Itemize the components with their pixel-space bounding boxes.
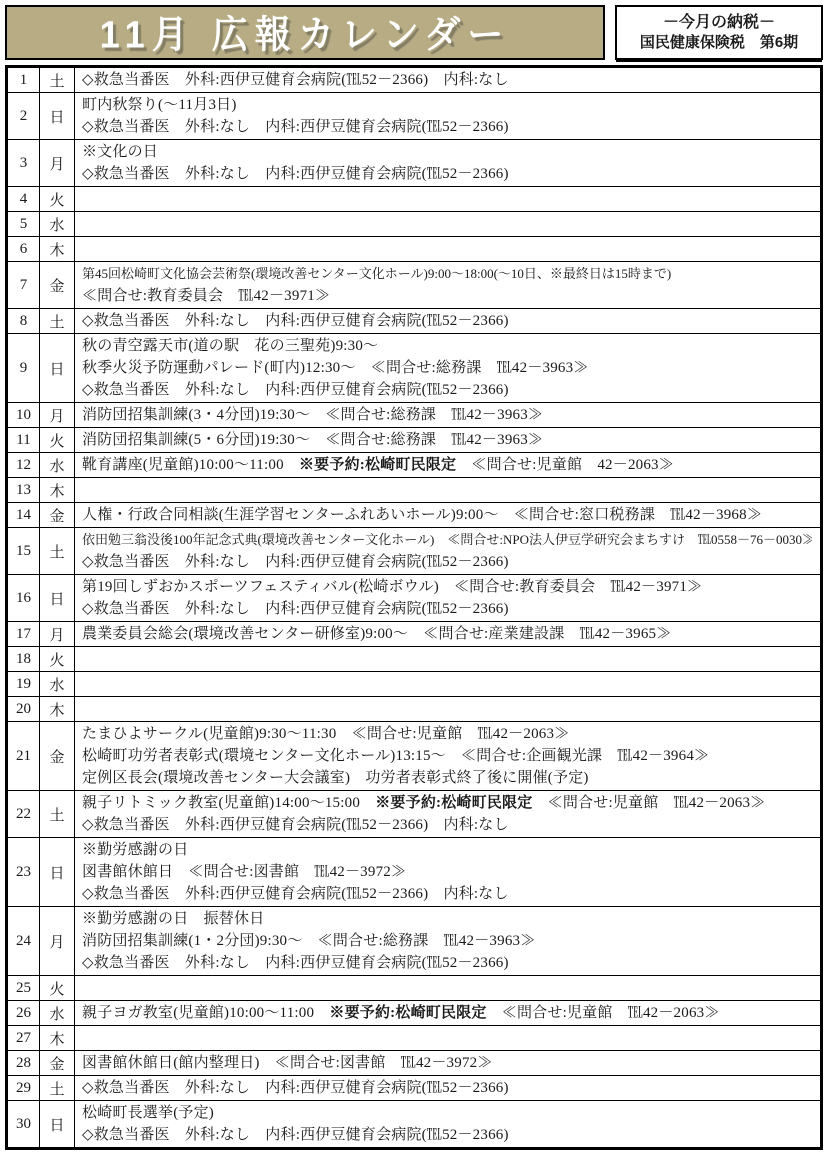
events-cell: 靴育講座(児童館)10:00～11:00 ※要予約:松崎町民限定 ≪問合せ:児童…	[75, 453, 822, 478]
event-text: 消防団招集訓練(5・6分団)19:30～ ≪問合せ:総務課 ℡42－3963≫	[82, 432, 543, 448]
weekday-cell: 火	[40, 647, 75, 672]
date-cell: 8	[7, 309, 40, 334]
event-line: ◇救急当番医 外科:西伊豆健育会病院(℡52－2366) 内科:なし	[82, 814, 812, 836]
event-text: ≪問合せ:児童館 ℡42－2063≫	[532, 795, 765, 811]
page-title: 11月 広報カレンダー	[100, 6, 511, 60]
weekday-cell: 木	[40, 1026, 75, 1051]
calendar-row: 30日松崎町長選挙(予定)◇救急当番医 外科:なし 内科:西伊豆健育会病院(℡5…	[7, 1101, 822, 1149]
events-cell: 農業委員会総会(環境改善センター研修室)9:00～ ≪問合せ:産業建設課 ℡42…	[75, 622, 822, 647]
event-line-empty	[82, 673, 812, 695]
event-line-empty	[82, 238, 812, 260]
date-cell: 9	[7, 334, 40, 403]
event-line-empty	[82, 188, 812, 210]
events-cell: 人権・行政合同相談(生涯学習センターふれあいホール)9:00～ ≪問合せ:窓口税…	[75, 503, 822, 528]
event-line-empty	[82, 648, 812, 670]
tax-notice-box: －今月の納税－ 国民健康保険税 第6期	[615, 5, 823, 60]
events-cell: 町内秋祭り(～11月3日)◇救急当番医 外科:なし 内科:西伊豆健育会病院(℡5…	[75, 93, 822, 140]
date-cell: 14	[7, 503, 40, 528]
calendar-row: 27木	[7, 1026, 822, 1051]
event-line: 農業委員会総会(環境改善センター研修室)9:00～ ≪問合せ:産業建設課 ℡42…	[82, 623, 812, 645]
weekday-cell: 金	[40, 1051, 75, 1076]
date-cell: 11	[7, 428, 40, 453]
weekday-cell: 木	[40, 697, 75, 722]
event-line: ◇救急当番医 外科:なし 内科:西伊豆健育会病院(℡52－2366)	[82, 551, 812, 573]
events-cell: 松崎町長選挙(予定)◇救急当番医 外科:なし 内科:西伊豆健育会病院(℡52－2…	[75, 1101, 822, 1149]
calendar-table: 1土◇救急当番医 外科:西伊豆健育会病院(℡52－2366) 内科:なし2日町内…	[5, 65, 823, 1150]
weekday-cell: 水	[40, 1001, 75, 1026]
weekday-cell: 土	[40, 528, 75, 575]
weekday-cell: 水	[40, 672, 75, 697]
event-text: ◇救急当番医 外科:なし 内科:西伊豆健育会病院(℡52－2366)	[82, 1080, 509, 1096]
calendar-row: 8土◇救急当番医 外科:なし 内科:西伊豆健育会病院(℡52－2366)	[7, 309, 822, 334]
event-text: 靴育講座(児童館)10:00～11:00	[82, 457, 299, 473]
event-line: 親子ヨガ教室(児童館)10:00～11:00 ※要予約:松崎町民限定 ≪問合せ:…	[82, 1002, 812, 1024]
weekday-cell: 土	[40, 791, 75, 838]
events-cell: たまひよサークル(児童館)9:30～11:30 ≪問合せ:児童館 ℡42－206…	[75, 722, 822, 791]
events-cell	[75, 672, 822, 697]
calendar-row: 12水靴育講座(児童館)10:00～11:00 ※要予約:松崎町民限定 ≪問合せ…	[7, 453, 822, 478]
event-line-empty	[82, 1027, 812, 1049]
event-line: 親子リトミック教室(児童館)14:00～15:00 ※要予約:松崎町民限定 ≪問…	[82, 792, 812, 814]
date-cell: 10	[7, 403, 40, 428]
event-text: 第45回松崎町文化協会芸術祭(環境改善センター文化ホール)9:00～18:00(…	[82, 266, 671, 281]
calendar-row: 10月消防団招集訓練(3・4分団)19:30～ ≪問合せ:総務課 ℡42－396…	[7, 403, 822, 428]
event-line: ◇救急当番医 外科:なし 内科:西伊豆健育会病院(℡52－2366)	[82, 163, 812, 185]
event-text: ※勤労感謝の日 振替休日	[82, 911, 264, 927]
events-cell: 消防団招集訓練(3・4分団)19:30～ ≪問合せ:総務課 ℡42－3963≫	[75, 403, 822, 428]
calendar-row: 14金人権・行政合同相談(生涯学習センターふれあいホール)9:00～ ≪問合せ:…	[7, 503, 822, 528]
weekday-cell: 土	[40, 309, 75, 334]
weekday-cell: 火	[40, 187, 75, 212]
event-line-empty	[82, 698, 812, 720]
calendar-row: 25火	[7, 976, 822, 1001]
events-cell: 第45回松崎町文化協会芸術祭(環境改善センター文化ホール)9:00～18:00(…	[75, 262, 822, 309]
calendar-row: 5水	[7, 212, 822, 237]
weekday-cell: 月	[40, 140, 75, 187]
events-cell: ※勤労感謝の日 振替休日消防団招集訓練(1・2分団)9:30～ ≪問合せ:総務課…	[75, 907, 822, 976]
events-cell: ※文化の日◇救急当番医 外科:なし 内科:西伊豆健育会病院(℡52－2366)	[75, 140, 822, 187]
weekday-cell: 木	[40, 478, 75, 503]
event-line: たまひよサークル(児童館)9:30～11:30 ≪問合せ:児童館 ℡42－206…	[82, 723, 812, 745]
calendar-row: 1土◇救急当番医 外科:西伊豆健育会病院(℡52－2366) 内科:なし	[7, 67, 822, 93]
weekday-cell: 水	[40, 212, 75, 237]
date-cell: 23	[7, 838, 40, 907]
event-line: 消防団招集訓練(1・2分団)9:30～ ≪問合せ:総務課 ℡42－3963≫	[82, 930, 812, 952]
event-line: 図書館休館日(館内整理日) ≪問合せ:図書館 ℡42－3972≫	[82, 1052, 812, 1074]
weekday-cell: 金	[40, 722, 75, 791]
weekday-cell: 土	[40, 1076, 75, 1101]
newsletter-calendar-page: 11月 広報カレンダー －今月の納税－ 国民健康保険税 第6期 1土◇救急当番医…	[0, 0, 828, 1155]
date-cell: 19	[7, 672, 40, 697]
event-text: 松崎町長選挙(予定)	[82, 1105, 214, 1121]
date-cell: 24	[7, 907, 40, 976]
calendar-row: 29土◇救急当番医 外科:なし 内科:西伊豆健育会病院(℡52－2366)	[7, 1076, 822, 1101]
event-text: ◇救急当番医 外科:西伊豆健育会病院(℡52－2366) 内科:なし	[82, 72, 509, 88]
event-text: 秋季火災予防運動パレード(町内)12:30～ ≪問合せ:総務課 ℡42－3963…	[82, 360, 589, 376]
events-cell: 秋の青空露天市(道の駅 花の三聖苑)9:30～秋季火災予防運動パレード(町内)1…	[75, 334, 822, 403]
events-cell: ◇救急当番医 外科:なし 内科:西伊豆健育会病院(℡52－2366)	[75, 1076, 822, 1101]
event-line: 依田勉三翁没後100年記念式典(環境改善センター文化ホール) ≪問合せ:NPO法…	[82, 529, 812, 551]
weekday-cell: 木	[40, 237, 75, 262]
event-line: ◇救急当番医 外科:なし 内科:西伊豆健育会病院(℡52－2366)	[82, 598, 812, 620]
calendar-row: 23日※勤労感謝の日図書館休館日 ≪問合せ:図書館 ℡42－3972≫◇救急当番…	[7, 838, 822, 907]
event-line: ◇救急当番医 外科:なし 内科:西伊豆健育会病院(℡52－2366)	[82, 379, 812, 401]
event-line: 松崎町功労者表彰式(環境センター文化ホール)13:15～ ≪問合せ:企画観光課 …	[82, 745, 812, 767]
event-line: ※文化の日	[82, 141, 812, 163]
date-cell: 7	[7, 262, 40, 309]
event-text: 定例区長会(環境改善センター大会議室) 功労者表彰式終了後に開催(予定)	[82, 770, 589, 786]
page-header: 11月 広報カレンダー －今月の納税－ 国民健康保険税 第6期	[5, 5, 823, 60]
events-cell	[75, 212, 822, 237]
event-text: ◇救急当番医 外科:なし 内科:西伊豆健育会病院(℡52－2366)	[82, 119, 509, 135]
weekday-cell: 月	[40, 622, 75, 647]
event-line: ※勤労感謝の日 振替休日	[82, 908, 812, 930]
calendar-row: 7金第45回松崎町文化協会芸術祭(環境改善センター文化ホール)9:00～18:0…	[7, 262, 822, 309]
event-text: 依田勉三翁没後100年記念式典(環境改善センター文化ホール) ≪問合せ:NPO法…	[82, 532, 812, 547]
event-text-emphasis: ※要予約:松崎町民限定	[299, 457, 456, 473]
calendar-row: 20木	[7, 697, 822, 722]
event-text: ◇救急当番医 外科:なし 内科:西伊豆健育会病院(℡52－2366)	[82, 601, 509, 617]
event-line: 人権・行政合同相談(生涯学習センターふれあいホール)9:00～ ≪問合せ:窓口税…	[82, 504, 812, 526]
events-cell: 第19回しずおかスポーツフェスティバル(松崎ボウル) ≪問合せ:教育委員会 ℡4…	[75, 575, 822, 622]
date-cell: 28	[7, 1051, 40, 1076]
calendar-row: 18火	[7, 647, 822, 672]
event-line: ◇救急当番医 外科:なし 内科:西伊豆健育会病院(℡52－2366)	[82, 952, 812, 974]
date-cell: 13	[7, 478, 40, 503]
event-text: 秋の青空露天市(道の駅 花の三聖苑)9:30～	[82, 338, 378, 354]
calendar-row: 11火消防団招集訓練(5・6分団)19:30～ ≪問合せ:総務課 ℡42－396…	[7, 428, 822, 453]
event-text: 農業委員会総会(環境改善センター研修室)9:00～ ≪問合せ:産業建設課 ℡42…	[82, 626, 671, 642]
weekday-cell: 日	[40, 838, 75, 907]
title-banner: 11月 広報カレンダー	[5, 5, 605, 60]
calendar-row: 9日秋の青空露天市(道の駅 花の三聖苑)9:30～秋季火災予防運動パレード(町内…	[7, 334, 822, 403]
event-text: ◇救急当番医 外科:西伊豆健育会病院(℡52－2366) 内科:なし	[82, 886, 509, 902]
event-line: 消防団招集訓練(5・6分団)19:30～ ≪問合せ:総務課 ℡42－3963≫	[82, 429, 812, 451]
event-text-emphasis: ※要予約:松崎町民限定	[329, 1005, 486, 1021]
event-text: 人権・行政合同相談(生涯学習センターふれあいホール)9:00～ ≪問合せ:窓口税…	[82, 507, 762, 523]
date-cell: 16	[7, 575, 40, 622]
events-cell	[75, 187, 822, 212]
event-line: ※勤労感謝の日	[82, 839, 812, 861]
event-line-empty	[82, 479, 812, 501]
weekday-cell: 日	[40, 575, 75, 622]
events-cell: 親子ヨガ教室(児童館)10:00～11:00 ※要予約:松崎町民限定 ≪問合せ:…	[75, 1001, 822, 1026]
event-text: ◇救急当番医 外科:なし 内科:西伊豆健育会病院(℡52－2366)	[82, 554, 509, 570]
event-line-empty	[82, 977, 812, 999]
event-line: ◇救急当番医 外科:なし 内科:西伊豆健育会病院(℡52－2366)	[82, 1077, 812, 1099]
events-cell: 依田勉三翁没後100年記念式典(環境改善センター文化ホール) ≪問合せ:NPO法…	[75, 528, 822, 575]
event-text: ≪問合せ:児童館 42－2063≫	[456, 457, 674, 473]
event-line: 図書館休館日 ≪問合せ:図書館 ℡42－3972≫	[82, 861, 812, 883]
date-cell: 27	[7, 1026, 40, 1051]
calendar-row: 13木	[7, 478, 822, 503]
calendar-row: 6木	[7, 237, 822, 262]
date-cell: 18	[7, 647, 40, 672]
calendar-row: 16日第19回しずおかスポーツフェスティバル(松崎ボウル) ≪問合せ:教育委員会…	[7, 575, 822, 622]
event-text: ※勤労感謝の日	[82, 842, 188, 858]
calendar-row: 21金たまひよサークル(児童館)9:30～11:30 ≪問合せ:児童館 ℡42－…	[7, 722, 822, 791]
event-text: 消防団招集訓練(3・4分団)19:30～ ≪問合せ:総務課 ℡42－3963≫	[82, 407, 543, 423]
event-text: ◇救急当番医 外科:なし 内科:西伊豆健育会病院(℡52－2366)	[82, 1127, 509, 1143]
calendar-row: 4火	[7, 187, 822, 212]
event-text: 第19回しずおかスポーツフェスティバル(松崎ボウル) ≪問合せ:教育委員会 ℡4…	[82, 579, 702, 595]
date-cell: 6	[7, 237, 40, 262]
event-line: 秋季火災予防運動パレード(町内)12:30～ ≪問合せ:総務課 ℡42－3963…	[82, 357, 812, 379]
date-cell: 1	[7, 67, 40, 93]
date-cell: 29	[7, 1076, 40, 1101]
date-cell: 15	[7, 528, 40, 575]
event-text: 松崎町功労者表彰式(環境センター文化ホール)13:15～ ≪問合せ:企画観光課 …	[82, 748, 709, 764]
events-cell	[75, 697, 822, 722]
event-text: ≪問合せ:児童館 ℡42－2063≫	[487, 1005, 720, 1021]
event-line: 第19回しずおかスポーツフェスティバル(松崎ボウル) ≪問合せ:教育委員会 ℡4…	[82, 576, 812, 598]
event-text: ≪問合せ:教育委員会 ℡42－3971≫	[82, 288, 330, 304]
events-cell	[75, 1026, 822, 1051]
date-cell: 3	[7, 140, 40, 187]
calendar-row: 3月※文化の日◇救急当番医 外科:なし 内科:西伊豆健育会病院(℡52－2366…	[7, 140, 822, 187]
event-line: ◇救急当番医 外科:なし 内科:西伊豆健育会病院(℡52－2366)	[82, 1124, 812, 1146]
event-text: ◇救急当番医 外科:なし 内科:西伊豆健育会病院(℡52－2366)	[82, 313, 509, 329]
event-text: 町内秋祭り(～11月3日)	[82, 97, 237, 113]
event-line: 松崎町長選挙(予定)	[82, 1102, 812, 1124]
calendar-body: 1土◇救急当番医 外科:西伊豆健育会病院(℡52－2366) 内科:なし2日町内…	[7, 67, 822, 1149]
event-text: ◇救急当番医 外科:なし 内科:西伊豆健育会病院(℡52－2366)	[82, 382, 509, 398]
event-line: ◇救急当番医 外科:なし 内科:西伊豆健育会病院(℡52－2366)	[82, 310, 812, 332]
event-line: ◇救急当番医 外科:なし 内科:西伊豆健育会病院(℡52－2366)	[82, 116, 812, 138]
calendar-row: 28金図書館休館日(館内整理日) ≪問合せ:図書館 ℡42－3972≫	[7, 1051, 822, 1076]
date-cell: 5	[7, 212, 40, 237]
event-text: ◇救急当番医 外科:なし 内科:西伊豆健育会病院(℡52－2366)	[82, 166, 509, 182]
event-text: 図書館休館日(館内整理日) ≪問合せ:図書館 ℡42－3972≫	[82, 1055, 493, 1071]
weekday-cell: 火	[40, 428, 75, 453]
weekday-cell: 水	[40, 453, 75, 478]
event-line: 靴育講座(児童館)10:00～11:00 ※要予約:松崎町民限定 ≪問合せ:児童…	[82, 454, 812, 476]
event-text-emphasis: ※要予約:松崎町民限定	[375, 795, 532, 811]
weekday-cell: 金	[40, 262, 75, 309]
event-text: ◇救急当番医 外科:西伊豆健育会病院(℡52－2366) 内科:なし	[82, 817, 509, 833]
date-cell: 17	[7, 622, 40, 647]
calendar-row: 26水親子ヨガ教室(児童館)10:00～11:00 ※要予約:松崎町民限定 ≪問…	[7, 1001, 822, 1026]
weekday-cell: 金	[40, 503, 75, 528]
weekday-cell: 火	[40, 976, 75, 1001]
events-cell: 図書館休館日(館内整理日) ≪問合せ:図書館 ℡42－3972≫	[75, 1051, 822, 1076]
weekday-cell: 月	[40, 907, 75, 976]
weekday-cell: 月	[40, 403, 75, 428]
events-cell: 親子リトミック教室(児童館)14:00～15:00 ※要予約:松崎町民限定 ≪問…	[75, 791, 822, 838]
event-line: ◇救急当番医 外科:西伊豆健育会病院(℡52－2366) 内科:なし	[82, 69, 812, 91]
event-line: 秋の青空露天市(道の駅 花の三聖苑)9:30～	[82, 335, 812, 357]
date-cell: 2	[7, 93, 40, 140]
calendar-row: 2日町内秋祭り(～11月3日)◇救急当番医 外科:なし 内科:西伊豆健育会病院(…	[7, 93, 822, 140]
event-line: 消防団招集訓練(3・4分団)19:30～ ≪問合せ:総務課 ℡42－3963≫	[82, 404, 812, 426]
events-cell	[75, 976, 822, 1001]
events-cell	[75, 237, 822, 262]
events-cell: ◇救急当番医 外科:西伊豆健育会病院(℡52－2366) 内科:なし	[75, 67, 822, 93]
event-line-empty	[82, 213, 812, 235]
date-cell: 21	[7, 722, 40, 791]
date-cell: 30	[7, 1101, 40, 1149]
weekday-cell: 土	[40, 67, 75, 93]
event-text: 親子ヨガ教室(児童館)10:00～11:00	[82, 1005, 329, 1021]
event-line: 定例区長会(環境改善センター大会議室) 功労者表彰式終了後に開催(予定)	[82, 767, 812, 789]
events-cell: ◇救急当番医 外科:なし 内科:西伊豆健育会病院(℡52－2366)	[75, 309, 822, 334]
event-line: 第45回松崎町文化協会芸術祭(環境改善センター文化ホール)9:00～18:00(…	[82, 263, 812, 285]
calendar-row: 19水	[7, 672, 822, 697]
tax-notice-detail: 国民健康保険税 第6期	[640, 33, 798, 53]
tax-notice-heading: －今月の納税－	[663, 13, 775, 33]
weekday-cell: 日	[40, 334, 75, 403]
event-line: 町内秋祭り(～11月3日)	[82, 94, 812, 116]
date-cell: 4	[7, 187, 40, 212]
events-cell	[75, 647, 822, 672]
date-cell: 12	[7, 453, 40, 478]
date-cell: 22	[7, 791, 40, 838]
events-cell: 消防団招集訓練(5・6分団)19:30～ ≪問合せ:総務課 ℡42－3963≫	[75, 428, 822, 453]
event-line: ≪問合せ:教育委員会 ℡42－3971≫	[82, 285, 812, 307]
events-cell	[75, 478, 822, 503]
calendar-row: 15土依田勉三翁没後100年記念式典(環境改善センター文化ホール) ≪問合せ:N…	[7, 528, 822, 575]
event-text: たまひよサークル(児童館)9:30～11:30 ≪問合せ:児童館 ℡42－206…	[82, 726, 569, 742]
date-cell: 20	[7, 697, 40, 722]
event-text: 消防団招集訓練(1・2分団)9:30～ ≪問合せ:総務課 ℡42－3963≫	[82, 933, 535, 949]
date-cell: 25	[7, 976, 40, 1001]
calendar-row: 24月※勤労感謝の日 振替休日消防団招集訓練(1・2分団)9:30～ ≪問合せ:…	[7, 907, 822, 976]
weekday-cell: 日	[40, 93, 75, 140]
event-text: ◇救急当番医 外科:なし 内科:西伊豆健育会病院(℡52－2366)	[82, 955, 509, 971]
event-text: ※文化の日	[82, 144, 158, 160]
event-text: 図書館休館日 ≪問合せ:図書館 ℡42－3972≫	[82, 864, 406, 880]
date-cell: 26	[7, 1001, 40, 1026]
event-text: 親子リトミック教室(児童館)14:00～15:00	[82, 795, 375, 811]
event-line: ◇救急当番医 外科:西伊豆健育会病院(℡52－2366) 内科:なし	[82, 883, 812, 905]
weekday-cell: 日	[40, 1101, 75, 1149]
events-cell: ※勤労感謝の日図書館休館日 ≪問合せ:図書館 ℡42－3972≫◇救急当番医 外…	[75, 838, 822, 907]
calendar-row: 22土親子リトミック教室(児童館)14:00～15:00 ※要予約:松崎町民限定…	[7, 791, 822, 838]
calendar-row: 17月農業委員会総会(環境改善センター研修室)9:00～ ≪問合せ:産業建設課 …	[7, 622, 822, 647]
